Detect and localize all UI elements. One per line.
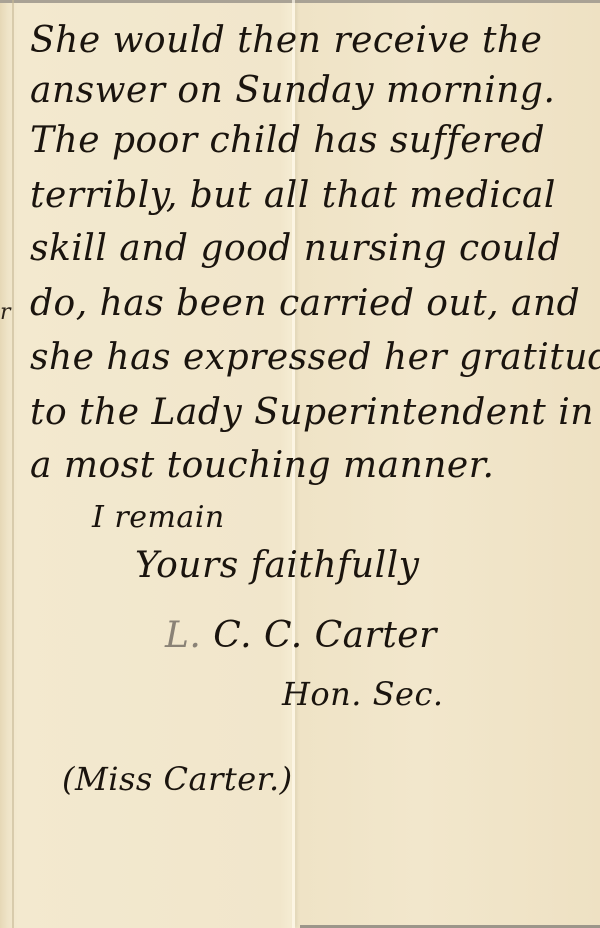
body-line: do, has been carried out, and — [30, 283, 580, 324]
signature-faded-initial: L. — [165, 615, 201, 656]
valediction: Yours faithfully — [135, 545, 419, 586]
margin-ink-mark: r — [0, 300, 11, 325]
signer-title: Hon. Sec. — [282, 675, 444, 713]
body-line: answer on Sunday morning. — [30, 70, 555, 111]
left-fold-crease — [12, 0, 14, 928]
parenthetical-note: (Miss Carter.) — [62, 760, 293, 798]
signature-name: C. C. Carter — [201, 615, 436, 656]
body-line: to the Lady Superintendent in — [30, 392, 594, 433]
body-line: a most touching manner. — [30, 445, 494, 486]
body-line: The poor child has suffered — [30, 120, 545, 161]
body-line: skill and good nursing could — [30, 228, 561, 269]
paper-top-edge — [0, 0, 600, 3]
closing-phrase: I remain — [92, 500, 225, 535]
signature: L. C. C. Carter — [165, 615, 437, 656]
body-line: she has expressed her gratitude — [30, 337, 600, 378]
body-line: terribly, but all that medical — [30, 175, 556, 216]
body-line: She would then receive the — [30, 20, 542, 61]
